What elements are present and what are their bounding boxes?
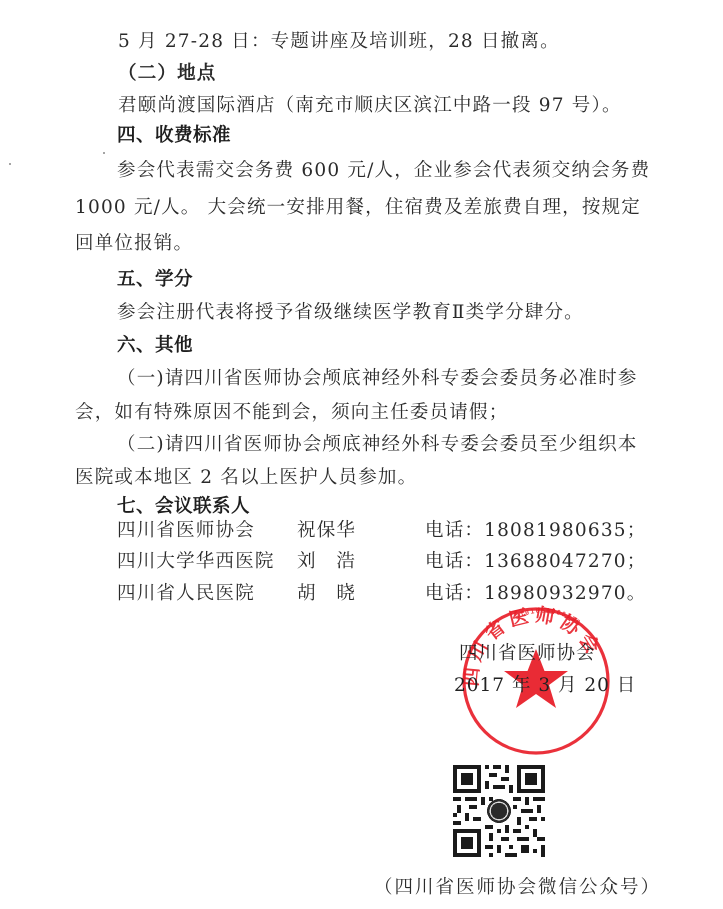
credits-heading: 五、学分 bbox=[117, 268, 193, 292]
contact-person: 刘 浩 bbox=[297, 550, 356, 574]
contact-row: 四川大学华西医院 刘 浩 电话：13688047270； bbox=[117, 550, 677, 574]
other-line-2: 会，如有特殊原因不能到会，须向主任委员请假； bbox=[75, 401, 508, 425]
scan-speck bbox=[9, 163, 11, 165]
contact-phone: 电话：13688047270； bbox=[425, 550, 646, 574]
other-line-3: （二)请四川省医师协会颅底神经外科专委会委员至少组织本 bbox=[117, 433, 638, 457]
wechat-qr-code[interactable] bbox=[453, 764, 545, 858]
fees-line-1: 参会代表需交会务费 600 元/人，企业参会代表须交纳会务费 bbox=[117, 159, 650, 183]
contact-row: 四川省医师协会 祝保华 电话：18081980635； bbox=[117, 519, 677, 543]
schedule-line: 5 月 27-28 日：专题讲座及培训班，28 日撤离。 bbox=[118, 30, 560, 54]
scan-speck bbox=[103, 152, 105, 154]
contact-org: 四川大学华西医院 bbox=[117, 550, 275, 574]
signature-date: 2017 年 3 月 20 日 bbox=[454, 674, 636, 698]
contact-person: 祝保华 bbox=[297, 519, 356, 543]
other-line-1: （一)请四川省医师协会颅底神经外科专委会委员务必准时参 bbox=[117, 367, 638, 391]
other-line-4: 医院或本地区 2 名以上医护人员参加。 bbox=[75, 466, 417, 490]
contacts-heading: 七、会议联系人 bbox=[117, 495, 250, 519]
signature-organization: 四川省医师协会 bbox=[459, 642, 596, 666]
venue-text: 君颐尚渡国际酒店（南充市顺庆区滨江中路一段 97 号）。 bbox=[118, 94, 622, 118]
fees-heading: 四、收费标准 bbox=[117, 124, 231, 148]
venue-subheading: （二）地点 bbox=[118, 62, 217, 86]
fees-line-2: 1000 元/人。 大会统一安排用餐，住宿费及差旅费自理，按规定 bbox=[75, 196, 641, 220]
contact-person: 胡 晓 bbox=[297, 582, 356, 606]
other-heading: 六、其他 bbox=[117, 334, 193, 358]
contact-phone: 电话：18081980635； bbox=[425, 519, 646, 543]
fees-line-3: 回单位报销。 bbox=[75, 232, 193, 256]
qr-caption: （四川省医师协会微信公众号） bbox=[374, 876, 661, 900]
contact-org: 四川省人民医院 bbox=[117, 582, 255, 606]
contact-org: 四川省医师协会 bbox=[117, 519, 255, 543]
credits-text: 参会注册代表将授予省级继续医学教育Ⅱ类学分肆分。 bbox=[117, 301, 584, 325]
